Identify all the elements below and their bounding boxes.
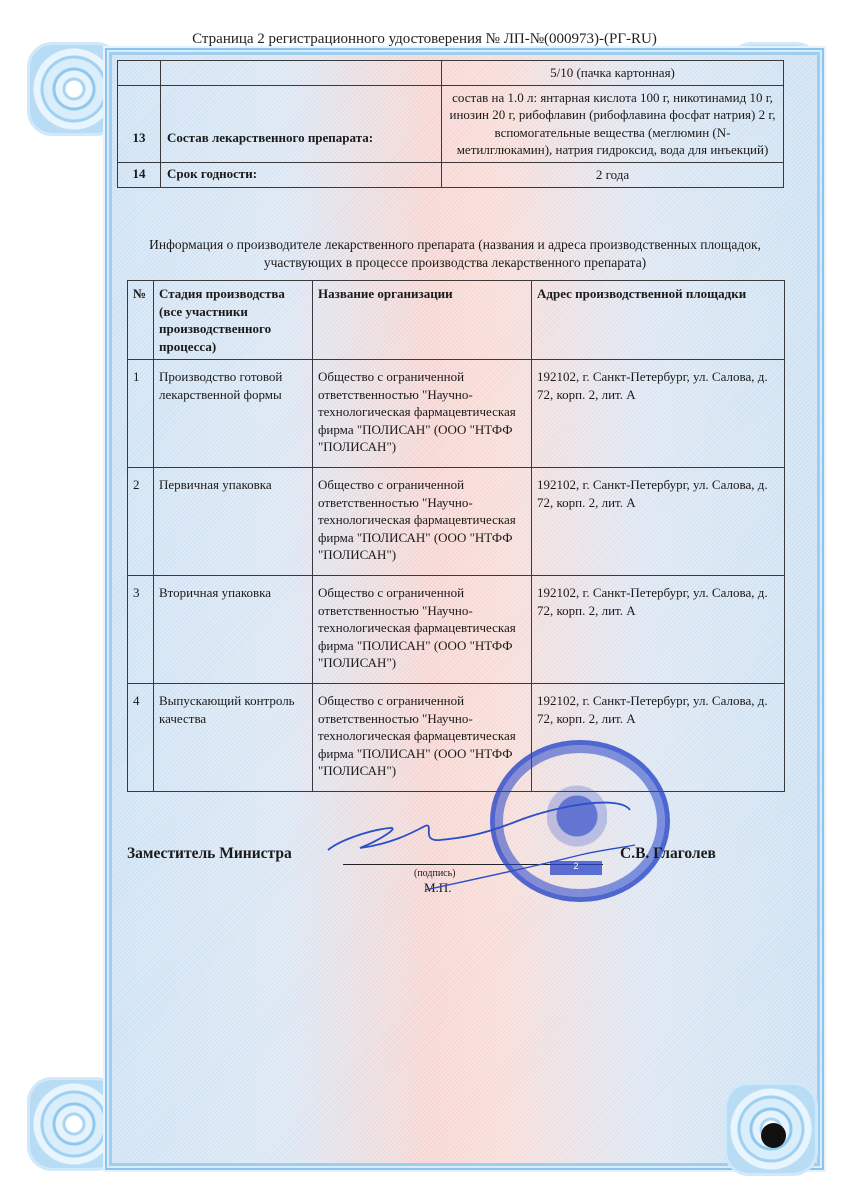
drug-properties-table: 5/10 (пачка картонная) 13 Состав лекарст… (117, 60, 784, 188)
row-stage: Выпускающий контроль качества (154, 684, 313, 792)
row-organization: Общество с ограниченной ответственностью… (313, 684, 532, 792)
row-address: 192102, г. Санкт-Петербург, ул. Салова, … (532, 468, 785, 576)
corner-rosette-ornament (30, 1080, 118, 1168)
hole-punch-mark (761, 1123, 786, 1148)
row-address: 192102, г. Санкт-Петербург, ул. Салова, … (532, 576, 785, 684)
table-row: 14 Срок годности: 2 года (118, 162, 784, 187)
corner-rosette-ornament (30, 45, 118, 133)
row-number: 2 (128, 468, 154, 576)
row-organization: Общество с ограниченной ответственностью… (313, 360, 532, 468)
column-header-address: Адрес производственной площадки (532, 281, 785, 360)
row-stage: Производство готовой лекарственной формы (154, 360, 313, 468)
column-header-number: № (128, 281, 154, 360)
row-number: 3 (128, 576, 154, 684)
row-address: 192102, г. Санкт-Петербург, ул. Салова, … (532, 360, 785, 468)
manufacturer-table: № Стадия производства (все участники про… (127, 280, 785, 792)
table-row: 13 Состав лекарственного препарата: сост… (118, 85, 784, 162)
row-number: 4 (128, 684, 154, 792)
column-header-organization: Название организации (313, 281, 532, 360)
packaging-value: 5/10 (пачка картонная) (442, 61, 784, 86)
table-header-row: № Стадия производства (все участники про… (128, 281, 785, 360)
row-number: 13 (118, 85, 161, 162)
row-stage: Первичная упаковка (154, 468, 313, 576)
row-stage: Вторичная упаковка (154, 576, 313, 684)
table-row: 2 Первичная упаковка Общество с ограниче… (128, 468, 785, 576)
column-header-stage: Стадия производства (все участники произ… (154, 281, 313, 360)
signatory-title: Заместитель Министра (127, 845, 292, 863)
row-organization: Общество с ограниченной ответственностью… (313, 576, 532, 684)
row-label: Срок годности: (161, 162, 442, 187)
table-row: 4 Выпускающий контроль качества Общество… (128, 684, 785, 792)
handwritten-signature-icon (320, 800, 640, 910)
row-organization: Общество с ограниченной ответственностью… (313, 468, 532, 576)
row-label: Состав лекарственного препарата: (161, 85, 442, 162)
table-row: 3 Вторичная упаковка Общество с ограниче… (128, 576, 785, 684)
table-row: 5/10 (пачка картонная) (118, 61, 784, 86)
manufacturer-section-caption: Информация о производителе лекарственног… (120, 236, 790, 272)
composition-value: состав на 1.0 л: янтарная кислота 100 г,… (442, 85, 784, 162)
shelf-life-value: 2 года (442, 162, 784, 187)
page-title: Страница 2 регистрационного удостоверени… (0, 31, 849, 48)
row-number: 1 (128, 360, 154, 468)
row-number: 14 (118, 162, 161, 187)
table-row: 1 Производство готовой лекарственной фор… (128, 360, 785, 468)
